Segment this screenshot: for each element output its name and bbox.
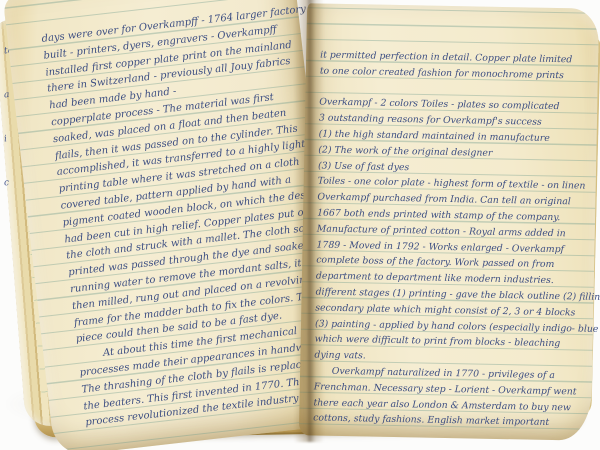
handwriting-fragment: i [4, 134, 14, 145]
left-page: days were over for Overkampff - 1764 lar… [3, 0, 345, 450]
notebook-photo: toaic done ... days were over for Overka… [0, 0, 600, 450]
handwriting-fragment: a [4, 90, 14, 101]
right-page: it permitted perfection in detail. Coppe… [299, 3, 599, 441]
left-page-handwriting: days were over for Overkampff - 1764 lar… [3, 0, 345, 450]
right-page-handwriting: it permitted perfection in detail. Coppe… [299, 3, 599, 441]
handwriting-fragment: c [4, 178, 14, 189]
